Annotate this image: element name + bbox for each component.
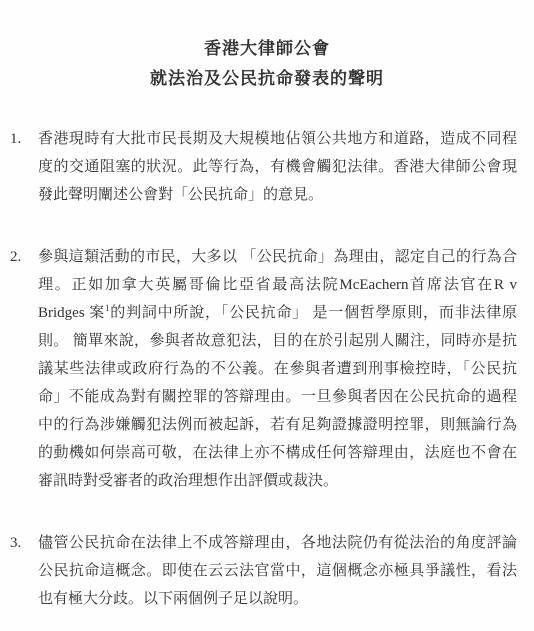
title-block: 香港大律師公會 就法治及公民抗命發表的聲明 — [0, 0, 534, 88]
document-body: 1. 香港現時有大批市民長期及大規模地佔領公共地方和道路，造成不同程度的交通阻塞… — [0, 125, 534, 613]
paragraph-2-text: 參與這類活動的市民，大多以 「公民抗命」為理由，認定自己的行為合理。正如加拿大英… — [38, 243, 534, 495]
paragraph-2-number: 2. — [0, 243, 38, 271]
document-subtitle: 就法治及公民抗命發表的聲明 — [0, 70, 534, 88]
paragraph-1-number: 1. — [0, 125, 38, 153]
paragraph-1-text: 香港現時有大批市民長期及大規模地佔領公共地方和道路，造成不同程度的交通阻塞的狀況… — [38, 125, 534, 209]
paragraph-1: 1. 香港現時有大批市民長期及大規模地佔領公共地方和道路，造成不同程度的交通阻塞… — [0, 125, 534, 209]
document-page: 香港大律師公會 就法治及公民抗命發表的聲明 1. 香港現時有大批市民長期及大規模… — [0, 0, 534, 631]
paragraph-2: 2. 參與這類活動的市民，大多以 「公民抗命」為理由，認定自己的行為合理。正如加… — [0, 243, 534, 495]
paragraph-1-segment: 香港現時有大批市民長期及大規模地佔領公共地方和道路，造成不同程度的交通阻塞的狀況… — [38, 131, 517, 203]
paragraph-3: 3. 儘管公民抗命在法律上不成答辯理由，各地法院仍有從法治的角度評論公民抗命這概… — [0, 529, 534, 613]
document-title: 香港大律師公會 — [0, 40, 534, 58]
paragraph-2-segment: 的判詞中所說，「公民抗命」 是一個哲學原則，而非法律原則。 簡單來說，參與者故意… — [38, 305, 517, 489]
paragraph-3-segment: 儘管公民抗命在法律上不成答辯理由，各地法院仍有從法治的角度評論公民抗命這概念。即… — [38, 535, 517, 607]
paragraph-3-number: 3. — [0, 529, 38, 557]
paragraph-3-text: 儘管公民抗命在法律上不成答辯理由，各地法院仍有從法治的角度評論公民抗命這概念。即… — [38, 529, 534, 613]
